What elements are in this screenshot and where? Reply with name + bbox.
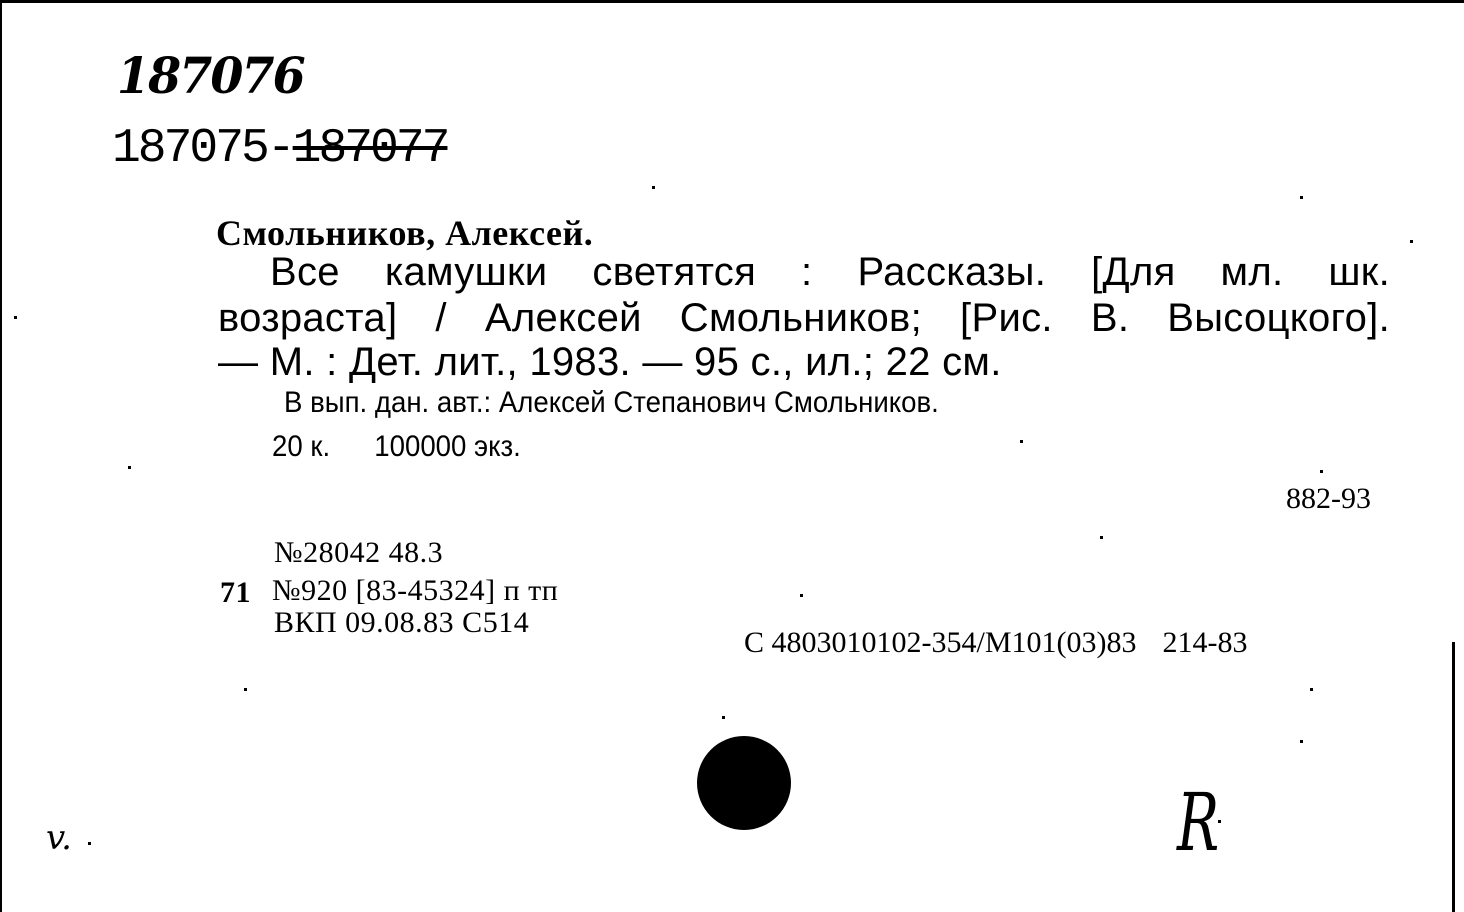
scan-speck <box>800 594 803 597</box>
card-right-border <box>1452 642 1455 912</box>
scan-speck <box>1410 240 1413 243</box>
print-run: 100000 экз. <box>374 430 521 463</box>
punch-hole <box>697 736 791 830</box>
scan-speck <box>88 842 91 845</box>
price-and-print-run: 20 к.100000 экз. <box>272 430 521 464</box>
publisher-code: С 4803010102-354/М101(03)83 <box>744 626 1137 659</box>
tech-line-2-number: 71 <box>220 576 251 610</box>
scan-speck <box>1100 536 1103 539</box>
card-left-border <box>0 0 2 912</box>
handwritten-inventory-number: 187076 <box>117 46 304 105</box>
handwritten-initial-mark: R <box>1177 776 1219 869</box>
scan-speck <box>1300 740 1303 743</box>
description-line-2: возраста] / Алексей Смольников; [Рис. В.… <box>218 296 1390 341</box>
scan-speck <box>1218 820 1221 823</box>
scan-speck <box>1310 688 1313 691</box>
tech-line-3: ВКП 09.08.83 С514 <box>274 606 529 640</box>
scan-speck <box>1300 196 1303 199</box>
catalog-code: 882-93 <box>1286 482 1371 516</box>
inventory-range-struck: 187077 <box>293 122 448 176</box>
tech-line-2: №920 [83-45324] п тп <box>272 574 558 608</box>
scan-speck <box>1020 440 1023 443</box>
inventory-range-start: 187075- <box>112 122 293 176</box>
scan-speck <box>1320 470 1323 473</box>
scan-speck <box>244 688 247 691</box>
author-data-note: В вып. дан. авт.: Алексей Степанович Смо… <box>284 386 939 420</box>
tech-line-1: №28042 48.3 <box>274 536 443 570</box>
publisher-code-line: С 4803010102-354/М101(03)83214-83 <box>744 626 1248 660</box>
description-line-3: — М. : Дет. лит., 1983. — 95 с., ил.; 22… <box>218 340 1002 385</box>
author-heading: Смольников, Алексей. <box>216 212 593 254</box>
scan-speck <box>14 316 17 319</box>
publisher-code-suffix: 214-83 <box>1163 626 1248 659</box>
handwritten-checkmark: v. <box>46 818 72 858</box>
inventory-number-range: 187075-187077 <box>112 122 447 176</box>
scan-speck <box>722 716 725 719</box>
scan-speck <box>652 186 655 189</box>
scan-speck <box>128 466 131 469</box>
description-line-1: Все камушки светятся : Рассказы. [Для мл… <box>270 250 1390 295</box>
price: 20 к. <box>272 430 330 463</box>
card-top-border <box>0 0 1464 3</box>
